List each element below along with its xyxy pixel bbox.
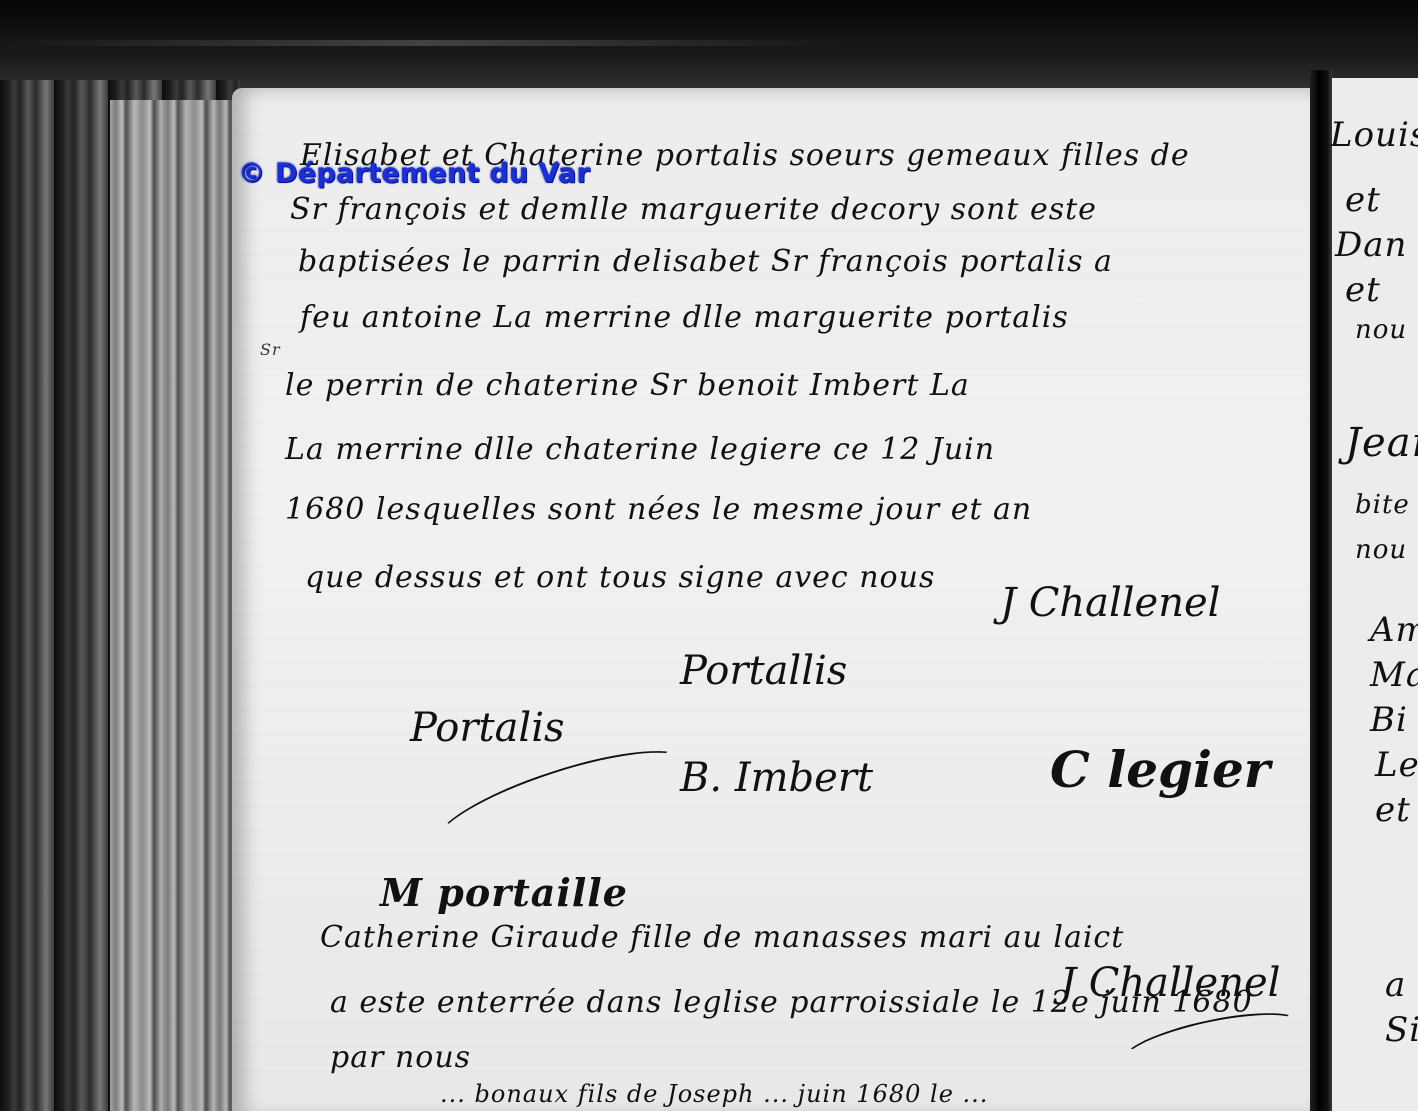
entry-line-7: 1680 lesquelles sont nées le mesme jour … [285, 492, 1032, 527]
page-fold [1310, 70, 1332, 1111]
signature-portalis: Portalis [410, 705, 565, 751]
facing-fragment: nou [1355, 535, 1407, 565]
facing-fragment: Dan [1335, 225, 1407, 265]
facing-fragment: nou [1355, 315, 1407, 345]
entry-line-2: Sr françois et demlle marguerite decory … [290, 192, 1097, 227]
marginal-note: Sr [260, 340, 281, 359]
facing-fragment: Jean [1345, 420, 1418, 466]
signature-legier: C legier [1050, 740, 1270, 799]
entry-line-4: feu antoine La merrine dlle marguerite p… [300, 300, 1069, 335]
entry2-line-3: par nous [330, 1040, 471, 1075]
facing-fragment: Am [1370, 610, 1418, 650]
page-edges [110, 100, 240, 1111]
signature-challenel-2: J Challenel [1060, 960, 1280, 1006]
facing-fragment: Si [1385, 1010, 1418, 1050]
signature-imbert: B. Imbert [680, 755, 873, 801]
entry2-partial-line: ... bonaux fils de Joseph ... juin 1680 … [440, 1080, 988, 1108]
facing-fragment: Le [1375, 745, 1418, 785]
facing-fragment: et [1375, 790, 1411, 830]
entry-line-5: le perrin de chaterine Sr benoit Imbert … [285, 368, 970, 403]
facing-fragment: a [1385, 965, 1406, 1005]
facing-fragment: Bi [1370, 700, 1408, 740]
signature-portallis: Portallis [680, 648, 847, 694]
facing-fragment: et [1345, 270, 1381, 310]
facing-fragment: Louis [1330, 115, 1418, 155]
entry-line-3: baptisées le parrin delisabet Sr françoi… [298, 244, 1113, 279]
document-scan: Elisabet et Chaterine portalis soeurs ge… [0, 0, 1418, 1111]
facing-fragment: Ma [1370, 655, 1418, 695]
copyright-watermark: © Département du Var [238, 158, 590, 189]
signature-challenel: J Challenel [1000, 580, 1220, 626]
entry2-line-1: Catherine Giraude fille de manasses mari… [320, 920, 1124, 955]
entry-line-8: que dessus et ont tous signe avec nous [305, 560, 935, 595]
facing-fragment: bite [1355, 490, 1410, 520]
margin-name: M portaille [380, 870, 628, 915]
facing-fragment: et [1345, 180, 1381, 220]
entry-line-6: La merrine dlle chaterine legiere ce 12 … [285, 432, 995, 467]
